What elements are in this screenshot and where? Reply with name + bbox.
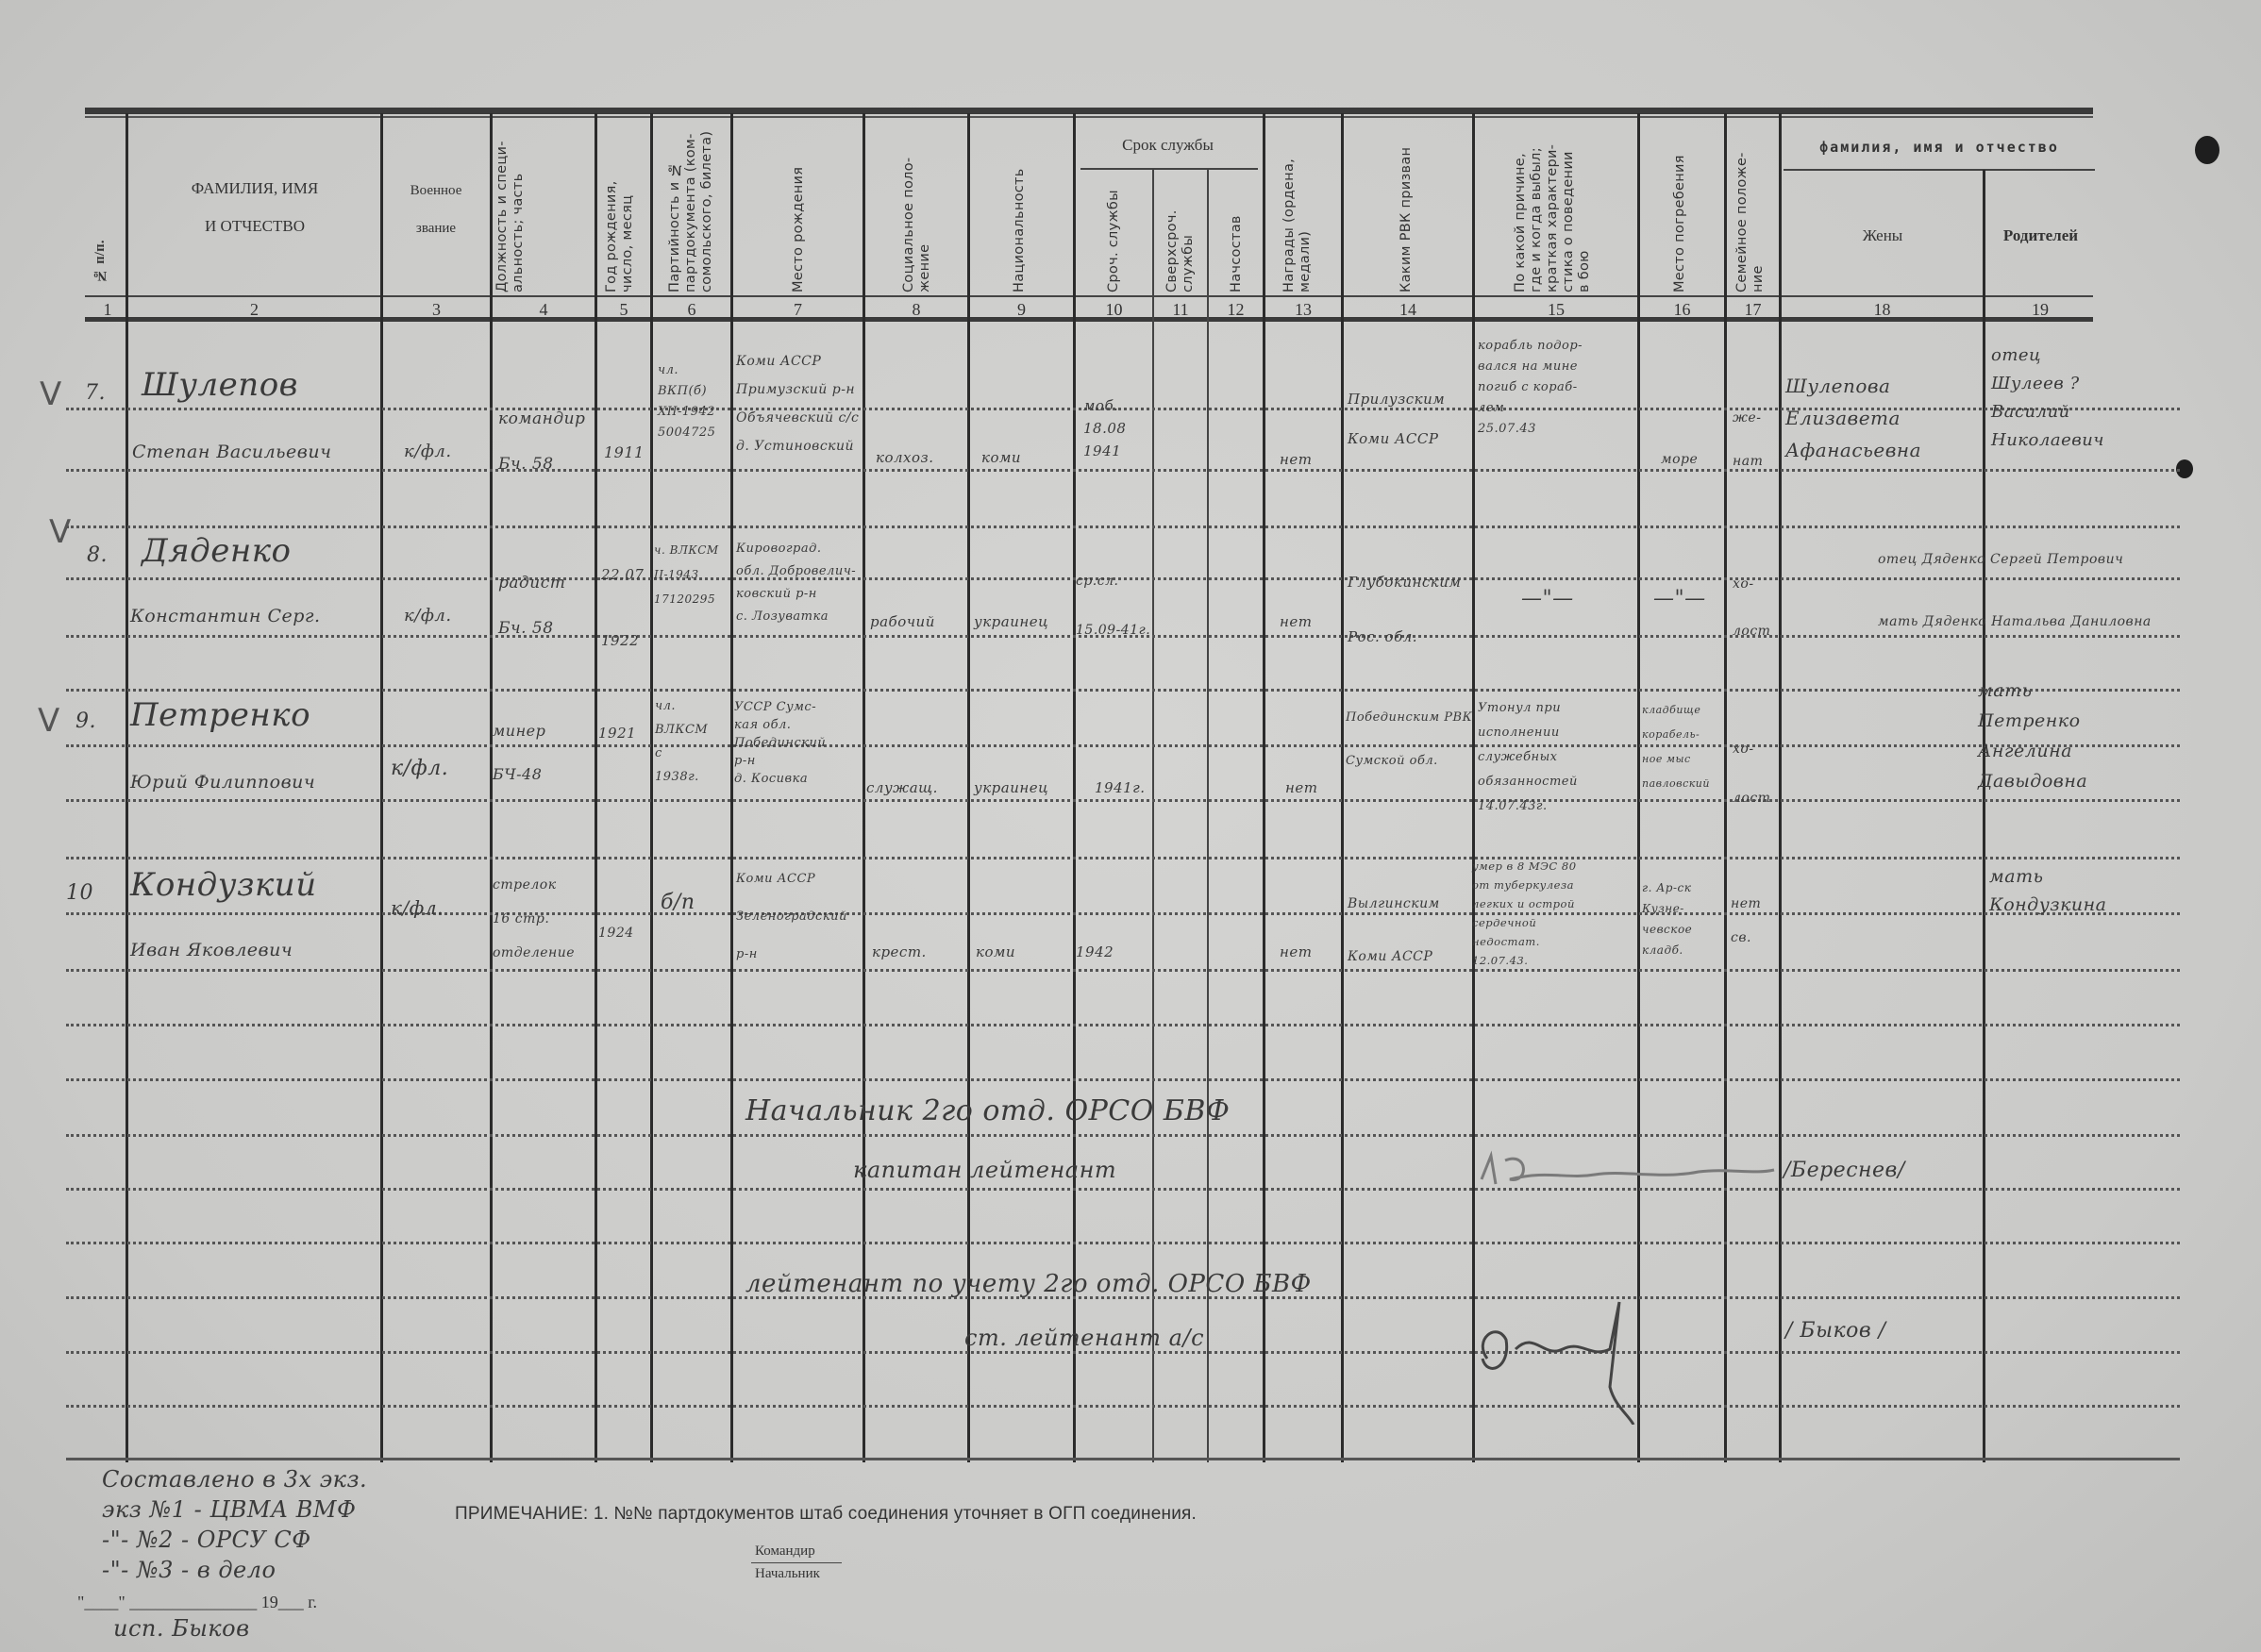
- reason: —"—: [1521, 587, 1574, 610]
- birth-date: 1924: [598, 925, 634, 943]
- family-status: хо- лост: [1733, 560, 1770, 655]
- row-rule: [66, 1078, 2180, 1081]
- parents-name: отец Дяденко Сергей Петрович мать Дяденк…: [1878, 528, 2152, 653]
- position: стрелок 16 стр. отделение: [493, 868, 575, 970]
- signer-name-2: / Быков /: [1785, 1319, 1886, 1343]
- colnum-16: 16: [1640, 300, 1724, 320]
- parents-name: отец Шулеев ? Василий Николаевич: [1991, 342, 2104, 455]
- header-col12: Начсостав: [1229, 208, 1245, 292]
- header-col6: Партийность и № партдокумента (ком- сомо…: [667, 117, 715, 292]
- family-status: хо- лост: [1733, 725, 1770, 823]
- awards: нет: [1285, 779, 1317, 797]
- header-col15: По какой причине, где и когда выбыл; кра…: [1513, 121, 1593, 292]
- row-rule: [66, 469, 2180, 472]
- header-col2-line2: И ОТЧЕСТВО: [132, 217, 377, 236]
- birthplace: Коми АССР Зеленоградский р-н: [736, 860, 847, 974]
- burial: море: [1661, 451, 1698, 469]
- row-rule: [66, 912, 2180, 915]
- row-number: 10: [66, 881, 93, 905]
- header-col11: Сверхсроч. службы: [1164, 189, 1197, 292]
- header-col1: № п/п.: [92, 226, 109, 283]
- row-rule: [66, 1242, 2180, 1244]
- rank: к/фл.: [391, 757, 448, 780]
- colnum-9: 9: [970, 300, 1073, 320]
- rvk: Глубокинским Рос. обл.: [1348, 555, 1461, 664]
- colnum-8: 8: [865, 300, 967, 320]
- row-number: 7.: [85, 381, 106, 405]
- header-col9: Национальность: [1012, 160, 1028, 292]
- family-status: же- нат: [1733, 396, 1763, 483]
- header-col2-line1: ФАМИЛИЯ, ИМЯ: [132, 179, 377, 198]
- punch-hole-top: [2195, 136, 2219, 164]
- birth-date: 1921: [598, 725, 636, 743]
- colnum-1: 1: [90, 300, 126, 320]
- first-patronymic: Иван Яковлевич: [130, 940, 293, 960]
- parents-name: мать Петренко Ангелина Давыдовна: [1978, 676, 2087, 796]
- surname: Петренко: [130, 696, 310, 734]
- row-rule: [66, 799, 2180, 802]
- check-mark: V: [49, 513, 71, 551]
- signature-scribble-1: [1472, 1142, 1784, 1198]
- birthplace: Кировоград. обл. Добровелич- ковский р-н…: [736, 538, 856, 628]
- colnum-4: 4: [493, 300, 595, 320]
- reason: Утонул при исполнении служебных обязанно…: [1478, 696, 1578, 819]
- row-rule: [66, 1188, 2180, 1191]
- header-top-rule: [85, 108, 2093, 114]
- awards: нет: [1280, 451, 1312, 469]
- header-relatives-group: фамилия, имя и отчество: [1784, 138, 2095, 157]
- colnum-3: 3: [383, 300, 490, 320]
- header-service-group: Срок службы: [1076, 136, 1260, 155]
- party: чл. ВЛКСМ с 1938г.: [655, 694, 708, 789]
- row-number: 9.: [75, 709, 96, 733]
- colnum-18: 18: [1782, 300, 1983, 320]
- row-rule: [66, 1024, 2180, 1026]
- colnum-7: 7: [733, 300, 863, 320]
- party: чл. ВКП(б) XII-1942 5004725: [658, 360, 715, 443]
- social: крест.: [872, 943, 927, 961]
- birth-date: 22.07 1922: [601, 542, 644, 674]
- first-patronymic: Юрий Филиппович: [130, 772, 315, 793]
- check-mark: V: [38, 702, 59, 740]
- nationality: коми: [981, 449, 1021, 467]
- birthplace: Коми АССР Примузский р-н Объячевский с/с…: [736, 347, 859, 460]
- row-rule: [66, 1351, 2180, 1354]
- col-line-11: [1207, 170, 1209, 1462]
- header-col14: Каким РВК призван: [1398, 117, 1415, 292]
- header-col3-line2: звание: [385, 219, 487, 238]
- position: минер БЧ-48: [493, 709, 545, 796]
- signature-title-2: лейтенант по учету 2го отд. ОРСО БВФ: [745, 1270, 1312, 1298]
- surname: Кондузкий: [130, 866, 317, 904]
- first-patronymic: Константин Серг.: [130, 606, 321, 626]
- colnum-13: 13: [1265, 300, 1341, 320]
- colnum-10: 10: [1076, 300, 1152, 320]
- colnum-12: 12: [1209, 300, 1263, 320]
- signature-rank-1: капитан лейтенант: [853, 1157, 1116, 1183]
- commander-divider: [751, 1562, 842, 1563]
- rvk: Побединским РВК Сумской обл.: [1346, 696, 1472, 783]
- wife-name: Шулепова Елизавета Афанасьевна: [1785, 370, 1921, 466]
- date-line: "____" _______________ 19___ г.: [77, 1593, 317, 1612]
- footnote: ПРИМЕЧАНИЕ: 1. №№ партдокументов штаб со…: [455, 1504, 1197, 1525]
- row-rule: [66, 1134, 2180, 1137]
- rvk: Вылгинским Коми АССР: [1348, 877, 1440, 983]
- relatives-group-divider: [1784, 169, 2095, 171]
- service-group-divider: [1080, 168, 1258, 170]
- surname: Шулепов: [142, 366, 298, 404]
- family-status: нет св.: [1731, 887, 1761, 955]
- colnum-11: 11: [1154, 300, 1207, 320]
- social: колхоз.: [876, 449, 933, 467]
- colnum-2: 2: [128, 300, 380, 320]
- header-col19: Родителей: [1986, 226, 2095, 245]
- table-bottom-rule: [66, 1458, 2180, 1460]
- header-number-divider: [85, 295, 2093, 297]
- nationality: украинец: [974, 613, 1048, 631]
- row-number: 8.: [87, 543, 108, 567]
- colnum-17: 17: [1727, 300, 1779, 320]
- rank: к/фл.: [391, 896, 444, 919]
- awards: нет: [1280, 943, 1312, 961]
- document-page: № п/п. ФАМИЛИЯ, ИМЯ И ОТЧЕСТВО Военное з…: [0, 0, 2261, 1652]
- row-rule: [66, 857, 2180, 859]
- burial: г. Ар-ск Кузне- чевское кладб.: [1642, 877, 1692, 960]
- row-rule: [66, 744, 2180, 747]
- colnum-14: 14: [1344, 300, 1472, 320]
- burial: —"—: [1653, 587, 1706, 610]
- signer-name-1: /Береснев/: [1784, 1159, 1905, 1182]
- service-term: ср.сл. 15.09-41г.: [1076, 557, 1150, 655]
- header-col4: Должность и специ- альность; часть: [494, 123, 527, 292]
- colnum-19: 19: [1985, 300, 2095, 320]
- reason: умер в 8 МЭС 80 от туберкулеза легких и …: [1472, 857, 1577, 970]
- header-col17: Семейное положе- ние: [1734, 123, 1767, 292]
- nationality: коми: [976, 943, 1015, 961]
- social: рабочий: [870, 613, 935, 631]
- birthplace: УССР Сумс- кая обл. Побединский р-н д. К…: [734, 698, 826, 788]
- header-top-rule-thin: [85, 116, 2093, 118]
- row-rule: [66, 1405, 2180, 1408]
- party: ч. ВЛКСМ II-1943 17120295: [654, 538, 719, 611]
- header-col13: Награды (ордена, медали): [1281, 142, 1314, 292]
- service-term: моб. 18.08 1941: [1083, 394, 1126, 462]
- header-col5: Год рождения, число, месяц: [604, 142, 636, 292]
- row-rule: [66, 526, 2180, 528]
- signature-rank-2: ст. лейтенант а/с: [964, 1325, 1204, 1351]
- parents-name: мать Кондузкина: [1989, 862, 2107, 919]
- check-mark: V: [40, 375, 61, 413]
- chief-label: Начальник: [755, 1566, 820, 1582]
- awards: нет: [1280, 613, 1312, 631]
- copies-note: Составлено в 3х экз. экз №1 - ЦВМА ВМФ -…: [102, 1464, 367, 1585]
- header-col16: Место погребения: [1672, 142, 1688, 292]
- first-patronymic: Степан Васильевич: [132, 442, 331, 462]
- row-rule: [66, 689, 2180, 692]
- colnum-15: 15: [1475, 300, 1637, 320]
- nationality: украинец: [974, 779, 1048, 797]
- surname: Дяденко: [142, 532, 292, 570]
- reason: корабль подор- вался на мине погиб с кор…: [1478, 336, 1583, 440]
- service-term: 1941г.: [1095, 779, 1146, 797]
- signature-title-1: Начальник 2го отд. ОРСО БВФ: [745, 1094, 1230, 1127]
- header-col10: Сроч. службы: [1106, 179, 1122, 292]
- header-col7: Место рождения: [791, 160, 807, 292]
- position: командир Бч. 58: [498, 396, 585, 487]
- party: б/п: [661, 891, 695, 914]
- executor: исп. Быков: [113, 1615, 250, 1642]
- header-col18: Жены: [1784, 226, 1982, 245]
- social: служащ.: [866, 779, 938, 797]
- colnum-5: 5: [597, 300, 650, 320]
- service-term: 1942: [1076, 943, 1114, 961]
- rank: к/фл.: [404, 442, 452, 461]
- col-line-18: [1983, 170, 1985, 1462]
- rvk: Прилузским Коми АССР: [1348, 379, 1445, 459]
- header-col8: Социальное поло- жение: [901, 142, 933, 292]
- colnum-6: 6: [653, 300, 730, 320]
- burial: кладбище корабель- ное мыс павловский: [1642, 698, 1710, 796]
- signature-scribble-2: [1468, 1283, 1657, 1425]
- position: радист Бч. 58: [498, 560, 565, 651]
- row-rule: [66, 969, 2180, 972]
- col-line-10: [1152, 170, 1154, 1462]
- header-col3-line1: Военное: [385, 181, 487, 200]
- birth-date: 1911: [604, 443, 645, 461]
- commander-label: Командир: [755, 1544, 815, 1560]
- rank: к/фл.: [404, 606, 452, 626]
